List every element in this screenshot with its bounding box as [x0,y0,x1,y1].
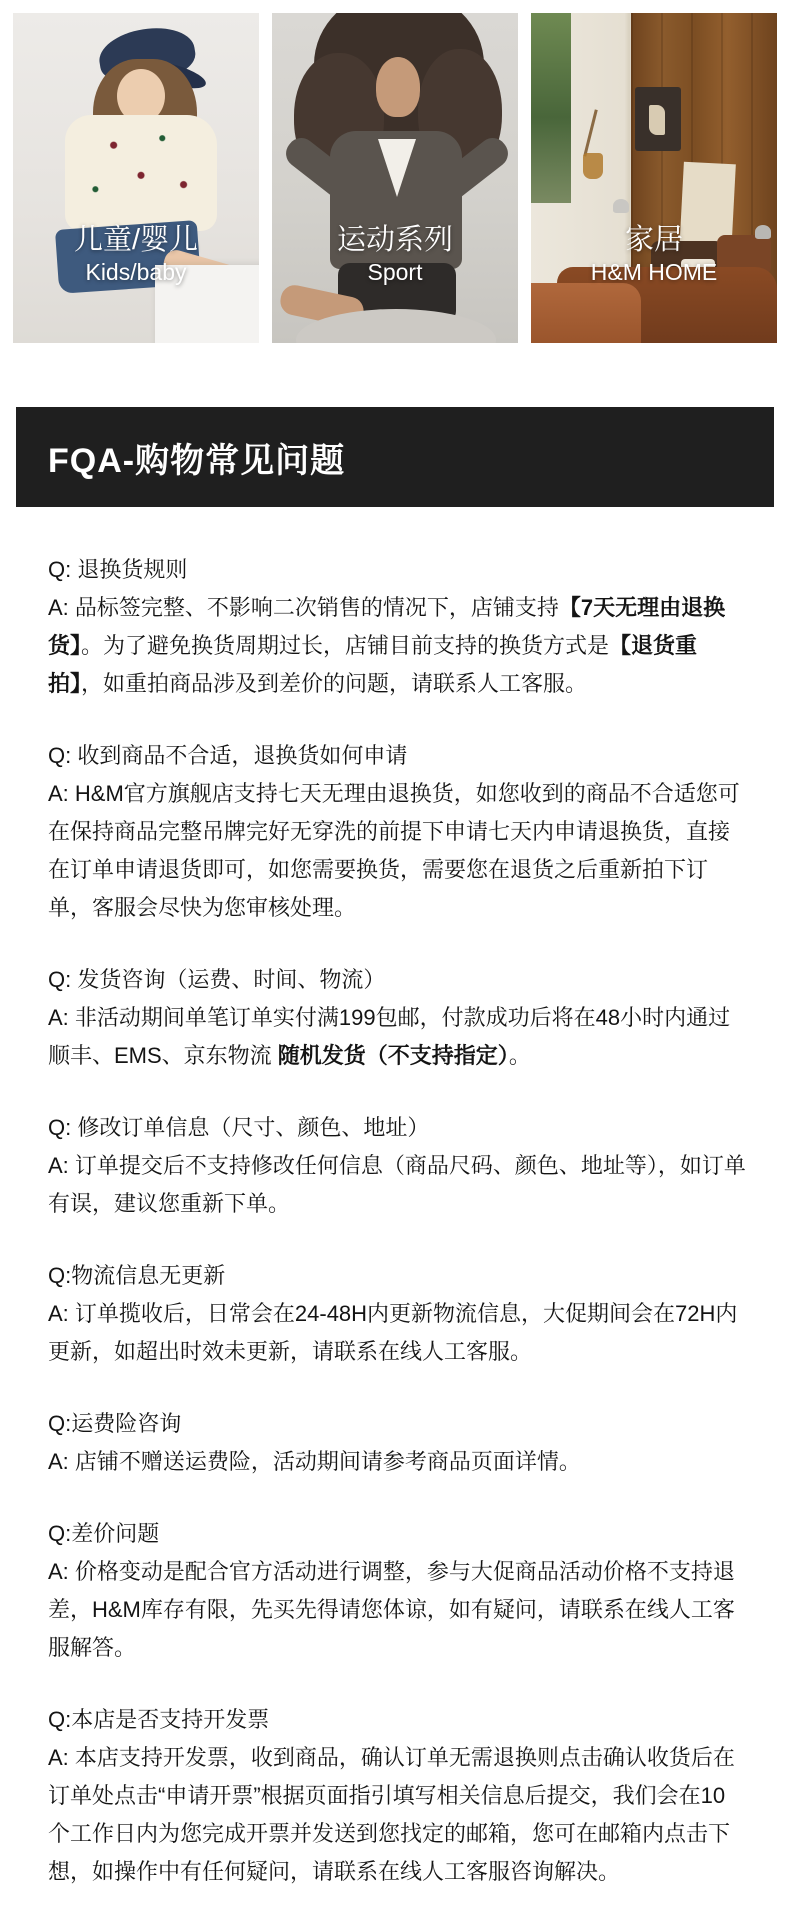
category-title-en: Kids/baby [13,257,259,287]
faq-answer-segment: A: 订单揽收后，日常会在24-48H内更新物流信息，大促期间会在72H内更新，… [48,1301,737,1364]
faq-answer-segment-bold: 随机发货（不支持指定） [278,1043,509,1068]
faq-answer: A: 本店支持开发票，收到商品，确认订单无需退换则点击确认收货后在订单处点击“申… [48,1739,746,1891]
home-branch-shape [583,109,598,156]
faq-answer-segment: A: 订单提交后不支持修改任何信息（商品尺码、颜色、地址等），如订单有误，建议您… [48,1153,746,1216]
faq-question: Q: 修改订单信息（尺寸、颜色、地址） [48,1109,746,1147]
category-title-en: Sport [272,257,518,287]
faq-header-bar: FQA-购物常见问题 [16,407,774,507]
faq-question: Q:物流信息无更新 [48,1257,746,1295]
faq-answer-segment: 。为了避免换货周期过长，店铺目前支持的换货方式是 [81,633,609,658]
faq-question: Q:差价问题 [48,1515,746,1553]
faq-item-price-difference: Q:差价问题 A: 价格变动是配合官方活动进行调整，参与大促商品活动价格不支持退… [48,1515,746,1667]
kids-cherry-sweater-shape [65,115,217,231]
faq-answer: A: 价格变动是配合官方活动进行调整，参与大促商品活动价格不支持退差，H&M库存… [48,1553,746,1667]
home-sheet-shape [531,283,641,343]
category-cards: 儿童/婴儿 Kids/baby 运动系列 Sport [0,0,790,343]
category-title-cn: 运动系列 [272,223,518,257]
faq-title: FQA-购物常见问题 [48,433,345,482]
faq-answer-segment: ，如重拍商品涉及到差价的问题，请联系人工客服。 [81,671,587,696]
faq-item-invoice: Q:本店是否支持开发票 A: 本店支持开发票，收到商品，确认订单无需退换则点击确… [48,1701,746,1891]
home-art-motif-shape [649,105,665,135]
faq-answer-segment: A: 价格变动是配合官方活动进行调整，参与大促商品活动价格不支持退差，H&M库存… [48,1559,735,1660]
faq-answer: A: 店铺不赠送运费险，活动期间请参考商品页面详情。 [48,1443,746,1481]
faq-answer: A: 订单提交后不支持修改任何信息（商品尺码、颜色、地址等），如订单有误，建议您… [48,1147,746,1223]
category-label: 运动系列 Sport [272,223,518,287]
faq-question: Q:本店是否支持开发票 [48,1701,746,1739]
faq-answer: A: 非活动期间单笔订单实付满199包邮，付款成功后将在48小时内通过顺丰、EM… [48,999,746,1075]
faq-answer-segment: A: 本店支持开发票，收到商品，确认订单无需退换则点击确认收货后在订单处点击“申… [48,1745,735,1884]
faq-answer-segment: A: 店铺不赠送运费险，活动期间请参考商品页面详情。 [48,1449,581,1474]
category-title-en: H&M HOME [531,257,777,287]
faq-question: Q: 发货咨询（运费、时间、物流） [48,961,746,999]
faq-question: Q: 收到商品不合适，退换货如何申请 [48,737,746,775]
faq-answer-segment: 。 [509,1043,531,1068]
faq-item-return-apply: Q: 收到商品不合适，退换货如何申请 A: H&M官方旗舰店支持七天无理由退换货… [48,737,746,927]
faq-body: Q: 退换货规则 A: 品标签完整、不影响二次销售的情况下，店铺支持【7天无理由… [0,507,790,1917]
home-lamp-shape [613,199,629,213]
category-card-home[interactable]: 家居 H&M HOME [531,13,777,343]
category-title-cn: 儿童/婴儿 [13,223,259,257]
faq-item-modify-order: Q: 修改订单信息（尺寸、颜色、地址） A: 订单提交后不支持修改任何信息（商品… [48,1109,746,1223]
faq-answer: A: 订单揽收后，日常会在24-48H内更新物流信息，大促期间会在72H内更新，… [48,1295,746,1371]
category-card-sport[interactable]: 运动系列 Sport [272,13,518,343]
home-vase-shape [583,153,603,179]
storefront-page: { "theme": { "header-bg": "#1f1f1f", "he… [0,0,790,1917]
faq-item-returns-policy: Q: 退换货规则 A: 品标签完整、不影响二次销售的情况下，店铺支持【7天无理由… [48,551,746,703]
category-label: 家居 H&M HOME [531,223,777,287]
category-card-kids[interactable]: 儿童/婴儿 Kids/baby [13,13,259,343]
faq-item-shipping: Q: 发货咨询（运费、时间、物流） A: 非活动期间单笔订单实付满199包邮，付… [48,961,746,1075]
faq-question: Q: 退换货规则 [48,551,746,589]
category-title-cn: 家居 [531,223,777,257]
faq-item-logistics-update: Q:物流信息无更新 A: 订单揽收后，日常会在24-48H内更新物流信息，大促期… [48,1257,746,1371]
sport-face-shape [376,57,420,117]
home-foliage-shape [531,13,571,203]
faq-item-freight-insurance: Q:运费险咨询 A: 店铺不赠送运费险，活动期间请参考商品页面详情。 [48,1405,746,1481]
category-label: 儿童/婴儿 Kids/baby [13,223,259,287]
faq-answer-segment: A: 品标签完整、不影响二次销售的情况下，店铺支持 [48,595,559,620]
faq-answer: A: H&M官方旗舰店支持七天无理由退换货，如您收到的商品不合适您可在保持商品完… [48,775,746,927]
faq-question: Q:运费险咨询 [48,1405,746,1443]
faq-answer: A: 品标签完整、不影响二次销售的情况下，店铺支持【7天无理由退换货】。为了避免… [48,589,746,703]
faq-answer-segment: A: H&M官方旗舰店支持七天无理由退换货，如您收到的商品不合适您可在保持商品完… [48,781,740,920]
